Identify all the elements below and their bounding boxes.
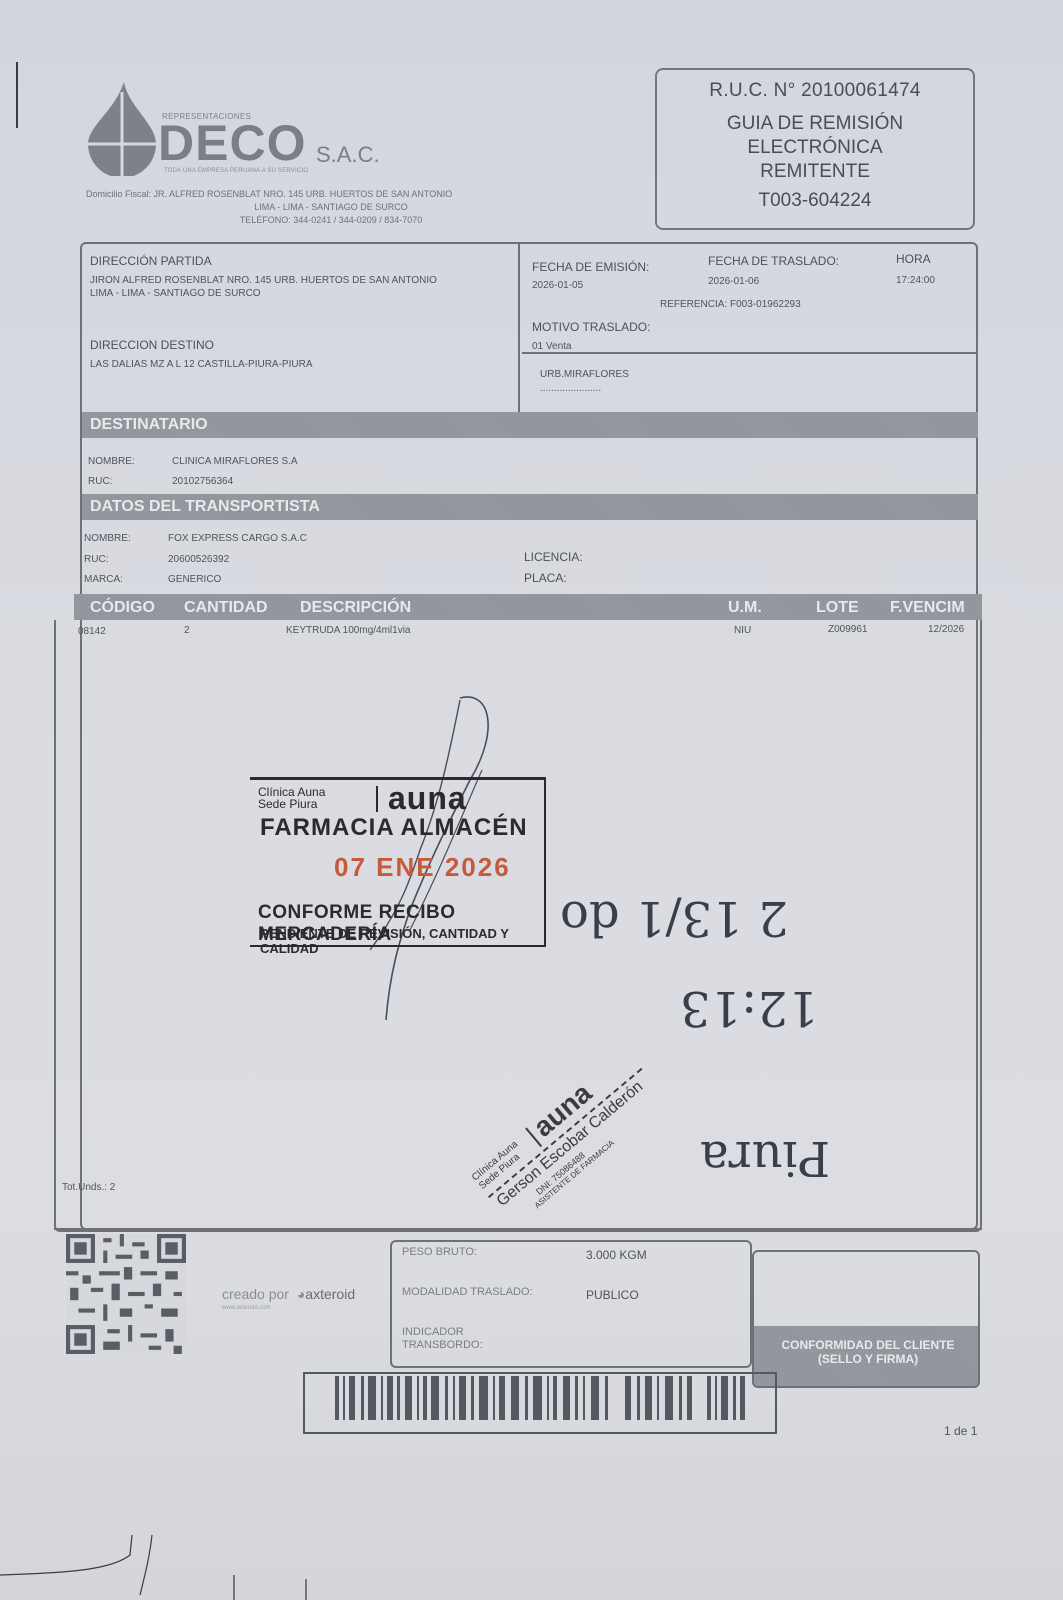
logo-tagline: TODA UNA EMPRESA PERUANA A SU SERVICIO [164, 168, 308, 174]
urb-dots: ...................... [540, 382, 601, 395]
district: LIMA - LIMA - SANTIAGO DE SURCO [86, 201, 576, 214]
destinatario-header: DESTINATARIO [82, 412, 978, 438]
bottom-rule [54, 1228, 982, 1230]
creado-por: creado por ◕axteroid [222, 1286, 355, 1302]
doc-number: T003-604224 [657, 190, 973, 212]
conformidad-band: CONFORMIDAD DEL CLIENTE (SELLO Y FIRMA) [754, 1326, 980, 1388]
ruc-number: R.U.C. N° 20100061474 [657, 80, 973, 102]
peso-label: PESO BRUTO: [402, 1246, 477, 1258]
customer-signature-box[interactable]: CONFORMIDAD DEL CLIENTE (SELLO Y FIRMA) [752, 1250, 980, 1388]
hora-value: 17:24:00 [896, 274, 935, 287]
modalidad-label: MODALIDAD TRASLADO: [402, 1286, 533, 1298]
partida-line2: LIMA - LIMA - SANTIAGO DE SURCO [90, 287, 510, 300]
conformidad-line1: CONFORMIDAD DEL CLIENTE [754, 1338, 980, 1352]
stamp-pendiente: PENDIENTE DE REVISIÓN, CANTIDAD Y CALIDA… [260, 926, 544, 956]
indicador-label: INDICADOR TRANSBORDO: [402, 1326, 483, 1352]
stamp-department: FARMACIA ALMACÉN [260, 814, 528, 842]
placa-label: PLACA: [524, 571, 567, 585]
hora-label: HORA [896, 252, 931, 266]
creado-url: www.axteroid.com [222, 1305, 271, 1311]
stamp-clinic-line2: Sede Piura [258, 798, 325, 810]
peso-value: 3.000 KGM [586, 1248, 647, 1262]
document-id-box: R.U.C. N° 20100061474 GUIA DE REMISIÓN E… [655, 68, 975, 230]
qr-code [66, 1232, 186, 1356]
total-units: Tot.Unds.: 2 [62, 1182, 115, 1193]
deco-drop-icon [84, 82, 156, 176]
addresses-section: DIRECCIÓN PARTIDA JIRON ALFRED ROSENBLAT… [82, 244, 976, 412]
dest-nombre-value: CLINICA MIRAFLORES S.A [172, 456, 298, 467]
doc-title-1: GUIA DE REMISIÓN [657, 112, 973, 136]
col-descripcion: DESCRIPCIÓN [300, 599, 411, 617]
page-number: 1 de 1 [944, 1424, 977, 1438]
col-cantidad: CANTIDAD [184, 599, 268, 617]
destino-label: DIRECCION DESTINO [90, 338, 510, 352]
stamp-clinic: Clínica Auna Sede Piura [258, 786, 325, 810]
barcode [303, 1372, 777, 1434]
handwritten-city: Piura [700, 1130, 830, 1186]
col-um: U.M. [728, 599, 762, 617]
dest-nombre-label: NOMBRE: [88, 456, 135, 467]
paper-edge-mark [16, 62, 18, 128]
dates-column: FECHA DE EMISIÓN: 2026-01-05 FECHA DE TR… [522, 244, 976, 412]
items-table-header: CÓDIGO CANTIDAD DESCRIPCIÓN U.M. LOTE F.… [74, 594, 982, 620]
licencia-label: LICENCIA: [524, 550, 583, 564]
trans-ruc-value: 20600526392 [168, 554, 229, 565]
stamp-brand-logo: auna [388, 780, 467, 817]
creado-prefix: creado por [222, 1286, 289, 1302]
partida-line1: JIRON ALFRED ROSENBLAT NRO. 145 URB. HUE… [90, 274, 510, 287]
referencia: REFERENCIA: F003-01962293 [660, 298, 801, 311]
conformidad-line2: (SELLO Y FIRMA) [754, 1352, 980, 1366]
trans-marca-value: GENERICO [168, 574, 221, 585]
barcode-bars [335, 1376, 745, 1420]
company-logo: REPRESENTACIONES DECO S.A.C. TODA UNA EM… [84, 82, 414, 182]
doc-title-2: ELECTRÓNICA [657, 136, 973, 160]
col-codigo: CÓDIGO [90, 599, 155, 617]
company-address: Domicilio Fiscal: JR. ALFRED ROSENBLAT N… [86, 188, 576, 227]
transportista-header: DATOS DEL TRANSPORTISTA [82, 494, 978, 520]
dest-ruc-label: RUC: [88, 476, 112, 487]
emision-value: 2026-01-05 [532, 279, 583, 292]
logo-name: DECO [158, 118, 306, 168]
trans-nombre-label: NOMBRE: [84, 533, 131, 544]
handwritten-time: 12:13 [680, 980, 818, 1036]
traslado-value: 2026-01-06 [708, 275, 759, 288]
emision-label: FECHA DE EMISIÓN: [532, 260, 649, 274]
address-column: DIRECCIÓN PARTIDA JIRON ALFRED ROSENBLAT… [82, 244, 520, 412]
phone: TELÉFONO: 344-0241 / 344-0209 / 834-7070 [86, 214, 576, 227]
logo-suffix: S.A.C. [316, 142, 380, 168]
modalidad-value: PUBLICO [586, 1288, 639, 1302]
partida-label: DIRECCIÓN PARTIDA [90, 254, 510, 268]
motivo-label: MOTIVO TRASLADO: [532, 320, 650, 334]
trans-marca-label: MARCA: [84, 574, 123, 585]
stamp-separator [376, 786, 378, 812]
reception-stamp: Clínica Auna Sede Piura auna FARMACIA AL… [250, 777, 546, 947]
domicilio-fiscal: Domicilio Fiscal: JR. ALFRED ROSENBLAT N… [86, 188, 576, 201]
indicador-label-2: TRANSBORDO: [402, 1339, 483, 1352]
col-vencim: F.VENCIM [890, 599, 965, 617]
indicador-label-1: INDICADOR [402, 1326, 483, 1339]
dates-divider [522, 352, 978, 354]
destino-line1: LAS DALIAS MZ A L 12 CASTILLA-PIURA-PIUR… [90, 358, 510, 371]
shipment-info-box: PESO BRUTO: 3.000 KGM MODALIDAD TRASLADO… [390, 1240, 752, 1368]
doc-title-3: REMITENTE [657, 160, 973, 184]
handwritten-date: 2 13/1 do [560, 890, 788, 946]
col-lote: LOTE [816, 599, 859, 617]
stamp-date: 07 ENE 2026 [334, 852, 511, 883]
paper-edge-marks [0, 1535, 1063, 1600]
traslado-label: FECHA DE TRASLADO: [708, 254, 839, 268]
trans-ruc-label: RUC: [84, 554, 108, 565]
trans-nombre-value: FOX EXPRESS CARGO S.A.C [168, 533, 307, 544]
creado-brand: axteroid [305, 1286, 355, 1302]
urb-label: URB.MIRAFLORES [540, 368, 629, 381]
dest-ruc-value: 20102756364 [172, 476, 233, 487]
